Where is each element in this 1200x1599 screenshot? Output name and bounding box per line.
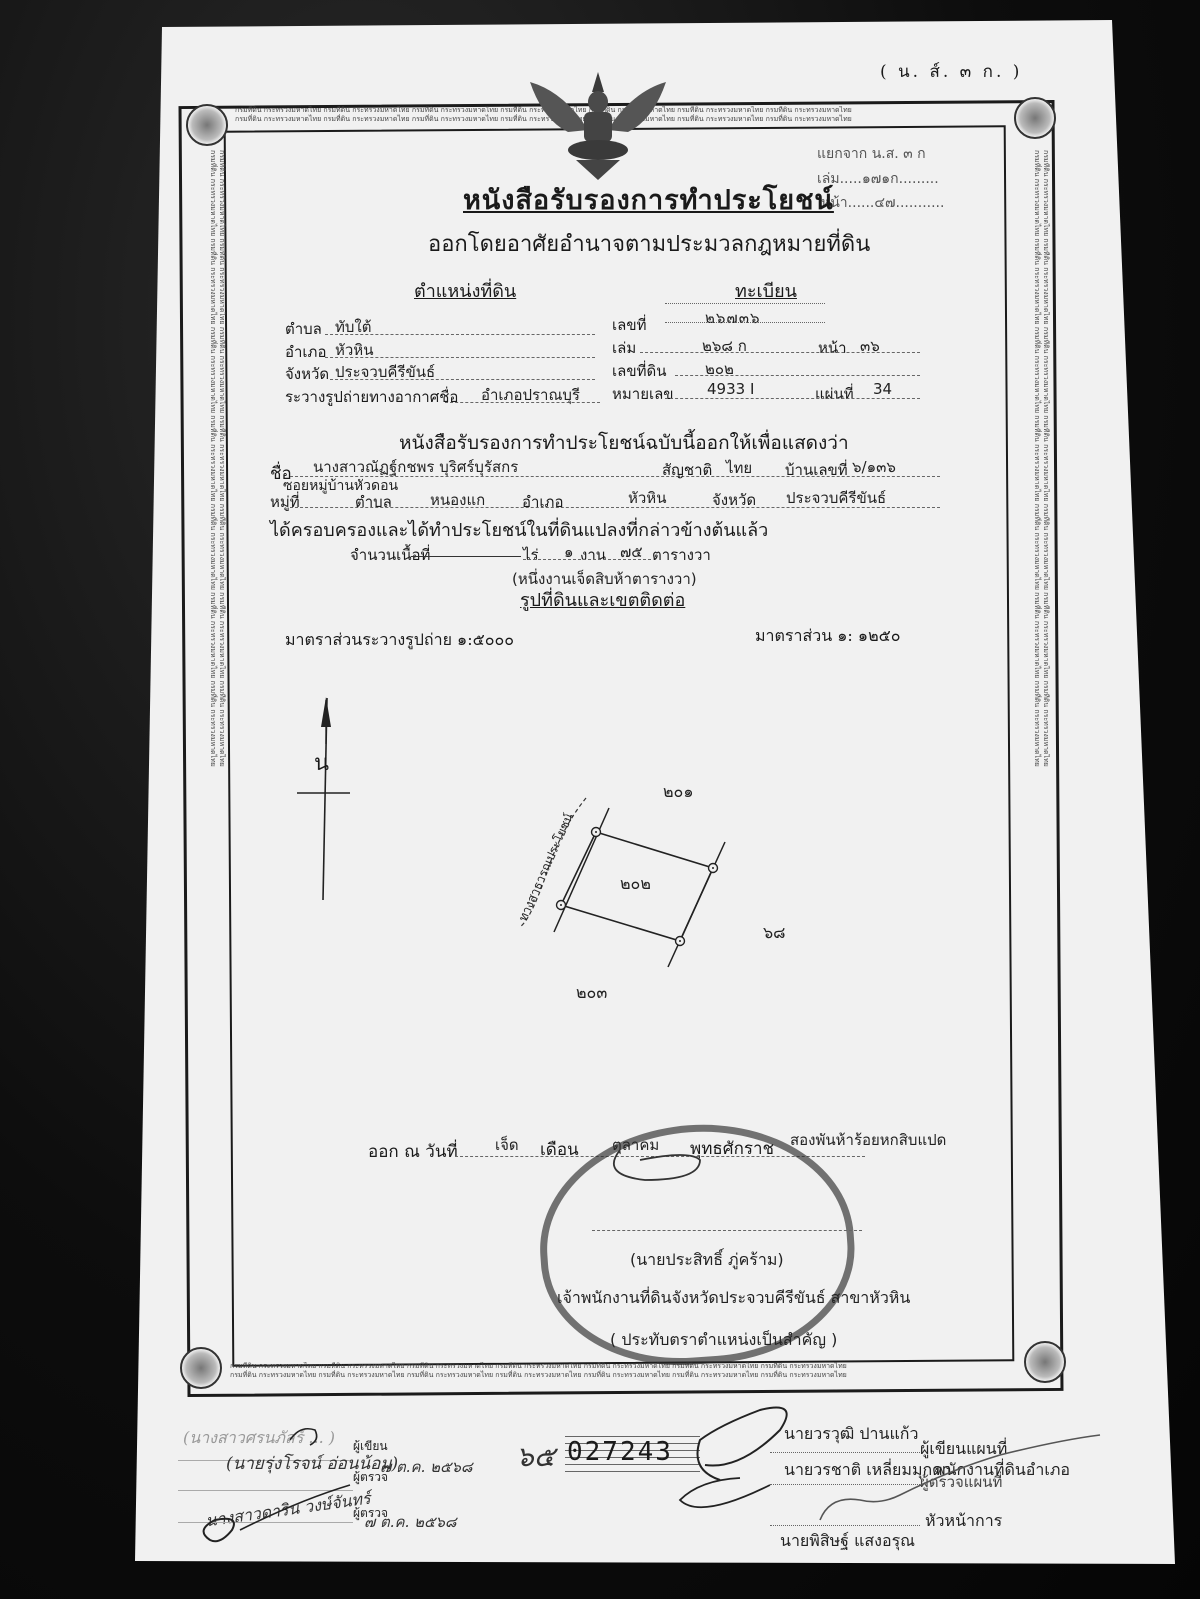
parcel-value: ๒๐๒ (705, 357, 734, 381)
neighbor-north: ๒๐๑ (663, 780, 693, 805)
officer-name: (นายประสิทธิ์ ภู่คร้าม) (630, 1248, 784, 1273)
map-heading: รูปที่ดินและเขตติดต่อ (520, 585, 685, 614)
sheet-value: 34 (873, 380, 892, 398)
subdistrict-label: ตำบล (285, 317, 322, 341)
possession-statement: ได้ครอบครองและได้ทำประโยชน์ในที่ดินแปลงท… (270, 515, 768, 544)
corner-seal-icon (186, 104, 228, 146)
garuda-emblem-icon (528, 70, 668, 182)
house-number-value: ๖/๑๓๖ (852, 455, 896, 479)
footer-left-date-1: ๗ ต.ค. ๒๕๖๘ (380, 1455, 472, 1479)
aerial-value: อำเภอปราณบุรี (481, 383, 580, 407)
corner-seal-icon (1014, 97, 1056, 139)
handwritten-number: ๖๕ (516, 1435, 555, 1479)
tambon-value: หนองแก (430, 488, 485, 512)
wa-label: ตารางวา (652, 543, 711, 567)
certify-heading: หนังสือรับรองการทำประโยชน์ฉบับนี้ออกให้เ… (399, 428, 849, 458)
reg-number-value: ๒๖๗๓๖ (705, 306, 760, 330)
ngan-label: งาน (580, 543, 606, 567)
footer-right-name-3: นายพิสิษฐ์ แสงอรุณ (780, 1529, 915, 1554)
reg-number-label: เลขที่ (612, 313, 646, 337)
parcel-label: เลขที่ดิน (612, 359, 666, 383)
corner-seal-icon (180, 1347, 222, 1389)
district-value: หัวหิน (335, 338, 373, 362)
registration-heading: ทะเบียน (735, 276, 797, 305)
nationality-value: ไทย (726, 456, 752, 480)
border-text-left: กรมที่ดิน กระทรวงมหาดไทย กรมที่ดิน กระทร… (186, 150, 226, 1360)
reg-page-value: ๓๖ (860, 334, 880, 358)
reg-book-label: เล่ม (612, 336, 636, 360)
aerial-label: ระวางรูปถ่ายทางอากาศชื่อ (285, 385, 458, 409)
issue-year: สองพันห้าร้อยหกสิบแปด (790, 1128, 946, 1152)
footer-right-role-3: หัวหน้าการ (925, 1509, 1002, 1534)
document-title: หนังสือรับรองการทำประโยชน์ (463, 178, 834, 221)
area-wa-value: ๗๕ (620, 540, 643, 564)
province-value: ประจวบคีรีขันธ์ (335, 360, 435, 384)
house-number-label: บ้านเลขที่ (785, 458, 848, 482)
land-certificate-photo: ( น. ส์. ๓ ก. ) กรมที่ดิน กระทรวงมหาดไทย… (0, 0, 1200, 1599)
split-from-label: แยกจาก น.ส. ๓ ก (817, 143, 926, 165)
aerial-scale: มาตราส่วนระวางรูปถ่าย ๑:๕๐๐๐ (285, 628, 514, 653)
sheet-label: แผ่นที่ (815, 382, 854, 406)
footer-right-role-2: ผู้ตรวจแผนที่ (920, 1470, 1002, 1494)
neighbor-east: ๖๘ (763, 921, 786, 946)
parcel-number-label: ๒๐๒ (620, 872, 651, 897)
moo-label: หมู่ที่ (270, 490, 300, 514)
footer-left-name-1: (นางสาวศรนภัสร์ ... ) (183, 1426, 335, 1451)
form-code: ( น. ส์. ๓ ก. ) (880, 58, 1022, 85)
footer-right-name-1: นายวรวุฒิ ปานแก้ว (784, 1422, 918, 1447)
subdistrict-value: ทับใต้ (335, 315, 371, 339)
area-label: จำนวนเนื้อที่ (350, 543, 430, 567)
location-heading: ตำแหน่งที่ดิน (414, 276, 516, 305)
north-label: น (314, 745, 329, 780)
district-label: อำเภอ (285, 340, 326, 364)
issue-prefix: ออก ณ วันที่ (368, 1138, 458, 1165)
issue-day: เจ็ด (495, 1133, 519, 1157)
nationality-label: สัญชาติ (662, 458, 712, 482)
footer-left-date-2: ๗ ต.ค. ๒๕๖๘ (364, 1510, 456, 1534)
rai-label: ไร่ (523, 543, 539, 567)
sheet-number-label: หมายเลข (612, 382, 674, 406)
serial-number: 027243 (567, 1437, 673, 1467)
footer-left-role-2: ผู้ตรวจ (353, 1468, 388, 1487)
amphoe-label: อำเภอ (522, 490, 563, 514)
seal-note: ( ประทับตราตำแหน่งเป็นสำคัญ ) (610, 1328, 837, 1353)
province-label: จังหวัด (285, 362, 329, 386)
corner-seal-icon (1024, 1341, 1066, 1383)
split-from-page: หน้า......๔๗........... (821, 192, 944, 214)
document-subtitle: ออกโดยอาศัยอำนาจตามประมวลกฎหมายที่ดิน (428, 226, 870, 261)
sheet-number-value: 4933 I (707, 380, 754, 398)
reg-page-label: หน้า (818, 336, 847, 360)
border-text-bottom: กรมที่ดิน กระทรวงมหาดไทย กรมที่ดิน กระทร… (230, 1362, 1000, 1382)
split-from-book: เล่ม.....๑๗๑ก......... (817, 168, 939, 190)
border-text-right: กรมที่ดิน กระทรวงมหาดไทย กรมที่ดิน กระทร… (1010, 150, 1050, 1350)
neighbor-south: ๒๐๓ (576, 981, 607, 1006)
area-ngan-value: ๑ (564, 540, 574, 564)
cert-province-label: จังหวัด (712, 488, 756, 512)
footer-left-role-1: ผู้เขียน (353, 1437, 388, 1456)
issue-month-label: เดือน (540, 1136, 579, 1163)
map-scale: มาตราส่วน ๑: ๑๒๕๐ (755, 624, 900, 649)
officer-title: เจ้าพนักงานที่ดินจังหวัดประจวบคีรีขันธ์ … (557, 1286, 910, 1311)
reg-book-value: ๒๖๘ ก (702, 334, 747, 358)
tambon-label: ตำบล (355, 490, 392, 514)
